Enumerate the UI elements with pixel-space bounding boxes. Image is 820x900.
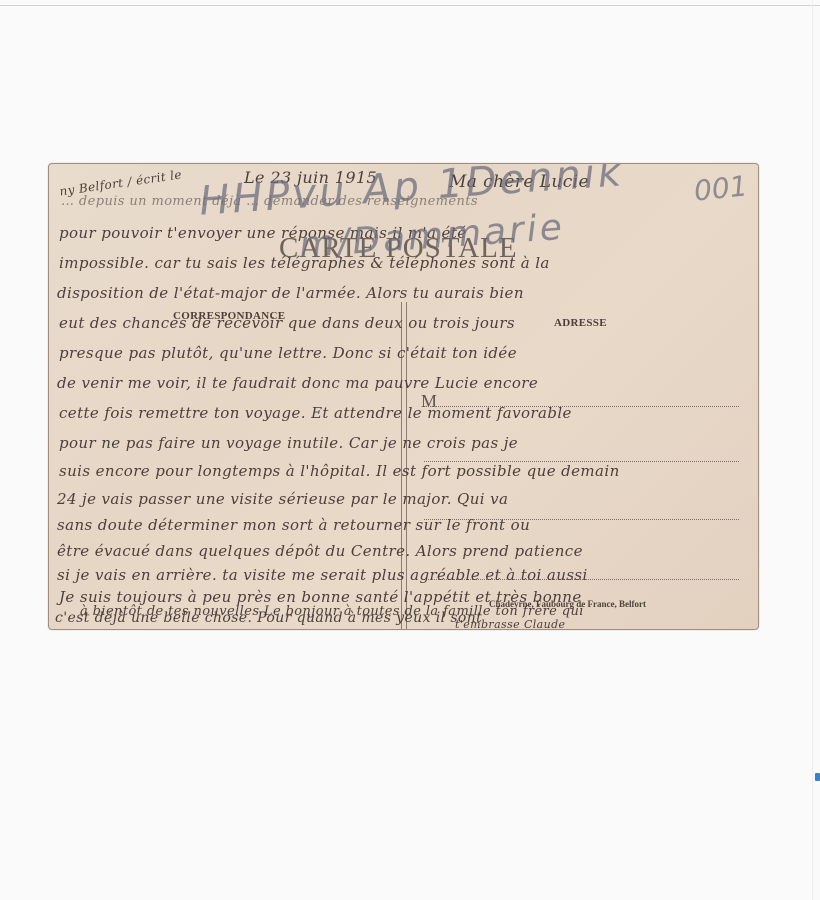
adresse-label: ADRESSE [554,317,607,329]
letter-line: si je vais en arrière. ta visite me sera… [57,566,588,584]
letter-line: eut des chances de recevoir que dans deu… [59,314,515,332]
letter-line: être évacué dans quelques dépôt du Centr… [57,542,583,560]
pencil-corner-number: 001 [692,169,749,207]
letter-line: presque pas plutôt, qu'une lettre. Donc … [59,344,517,362]
letter-closing: à bientôt de tes nouvelles Le bonjour à … [80,604,584,619]
letter-line: pour ne pas faire un voyage inutile. Car… [59,434,518,452]
letter-line: de venir me voir, il te faudrait donc ma… [57,374,538,392]
scan-top-edge [0,5,820,6]
blue-scan-mark [815,773,820,781]
letter-line: suis encore pour longtemps à l'hôpital. … [59,462,620,480]
letter-line: sans doute déterminer mon sort à retourn… [57,516,530,534]
postcard-back: CARTE POSTALE CORRESPONDANCE ADRESSE M C… [48,163,759,630]
scan-right-edge [812,0,813,900]
letter-signature: t'embrasse Claude [455,618,565,631]
letter-line: 24 je vais passer une visite sérieuse pa… [57,490,508,508]
letter-line: disposition de l'état-major de l'armée. … [57,284,524,302]
letter-line: cette fois remettre ton voyage. Et atten… [59,404,572,422]
